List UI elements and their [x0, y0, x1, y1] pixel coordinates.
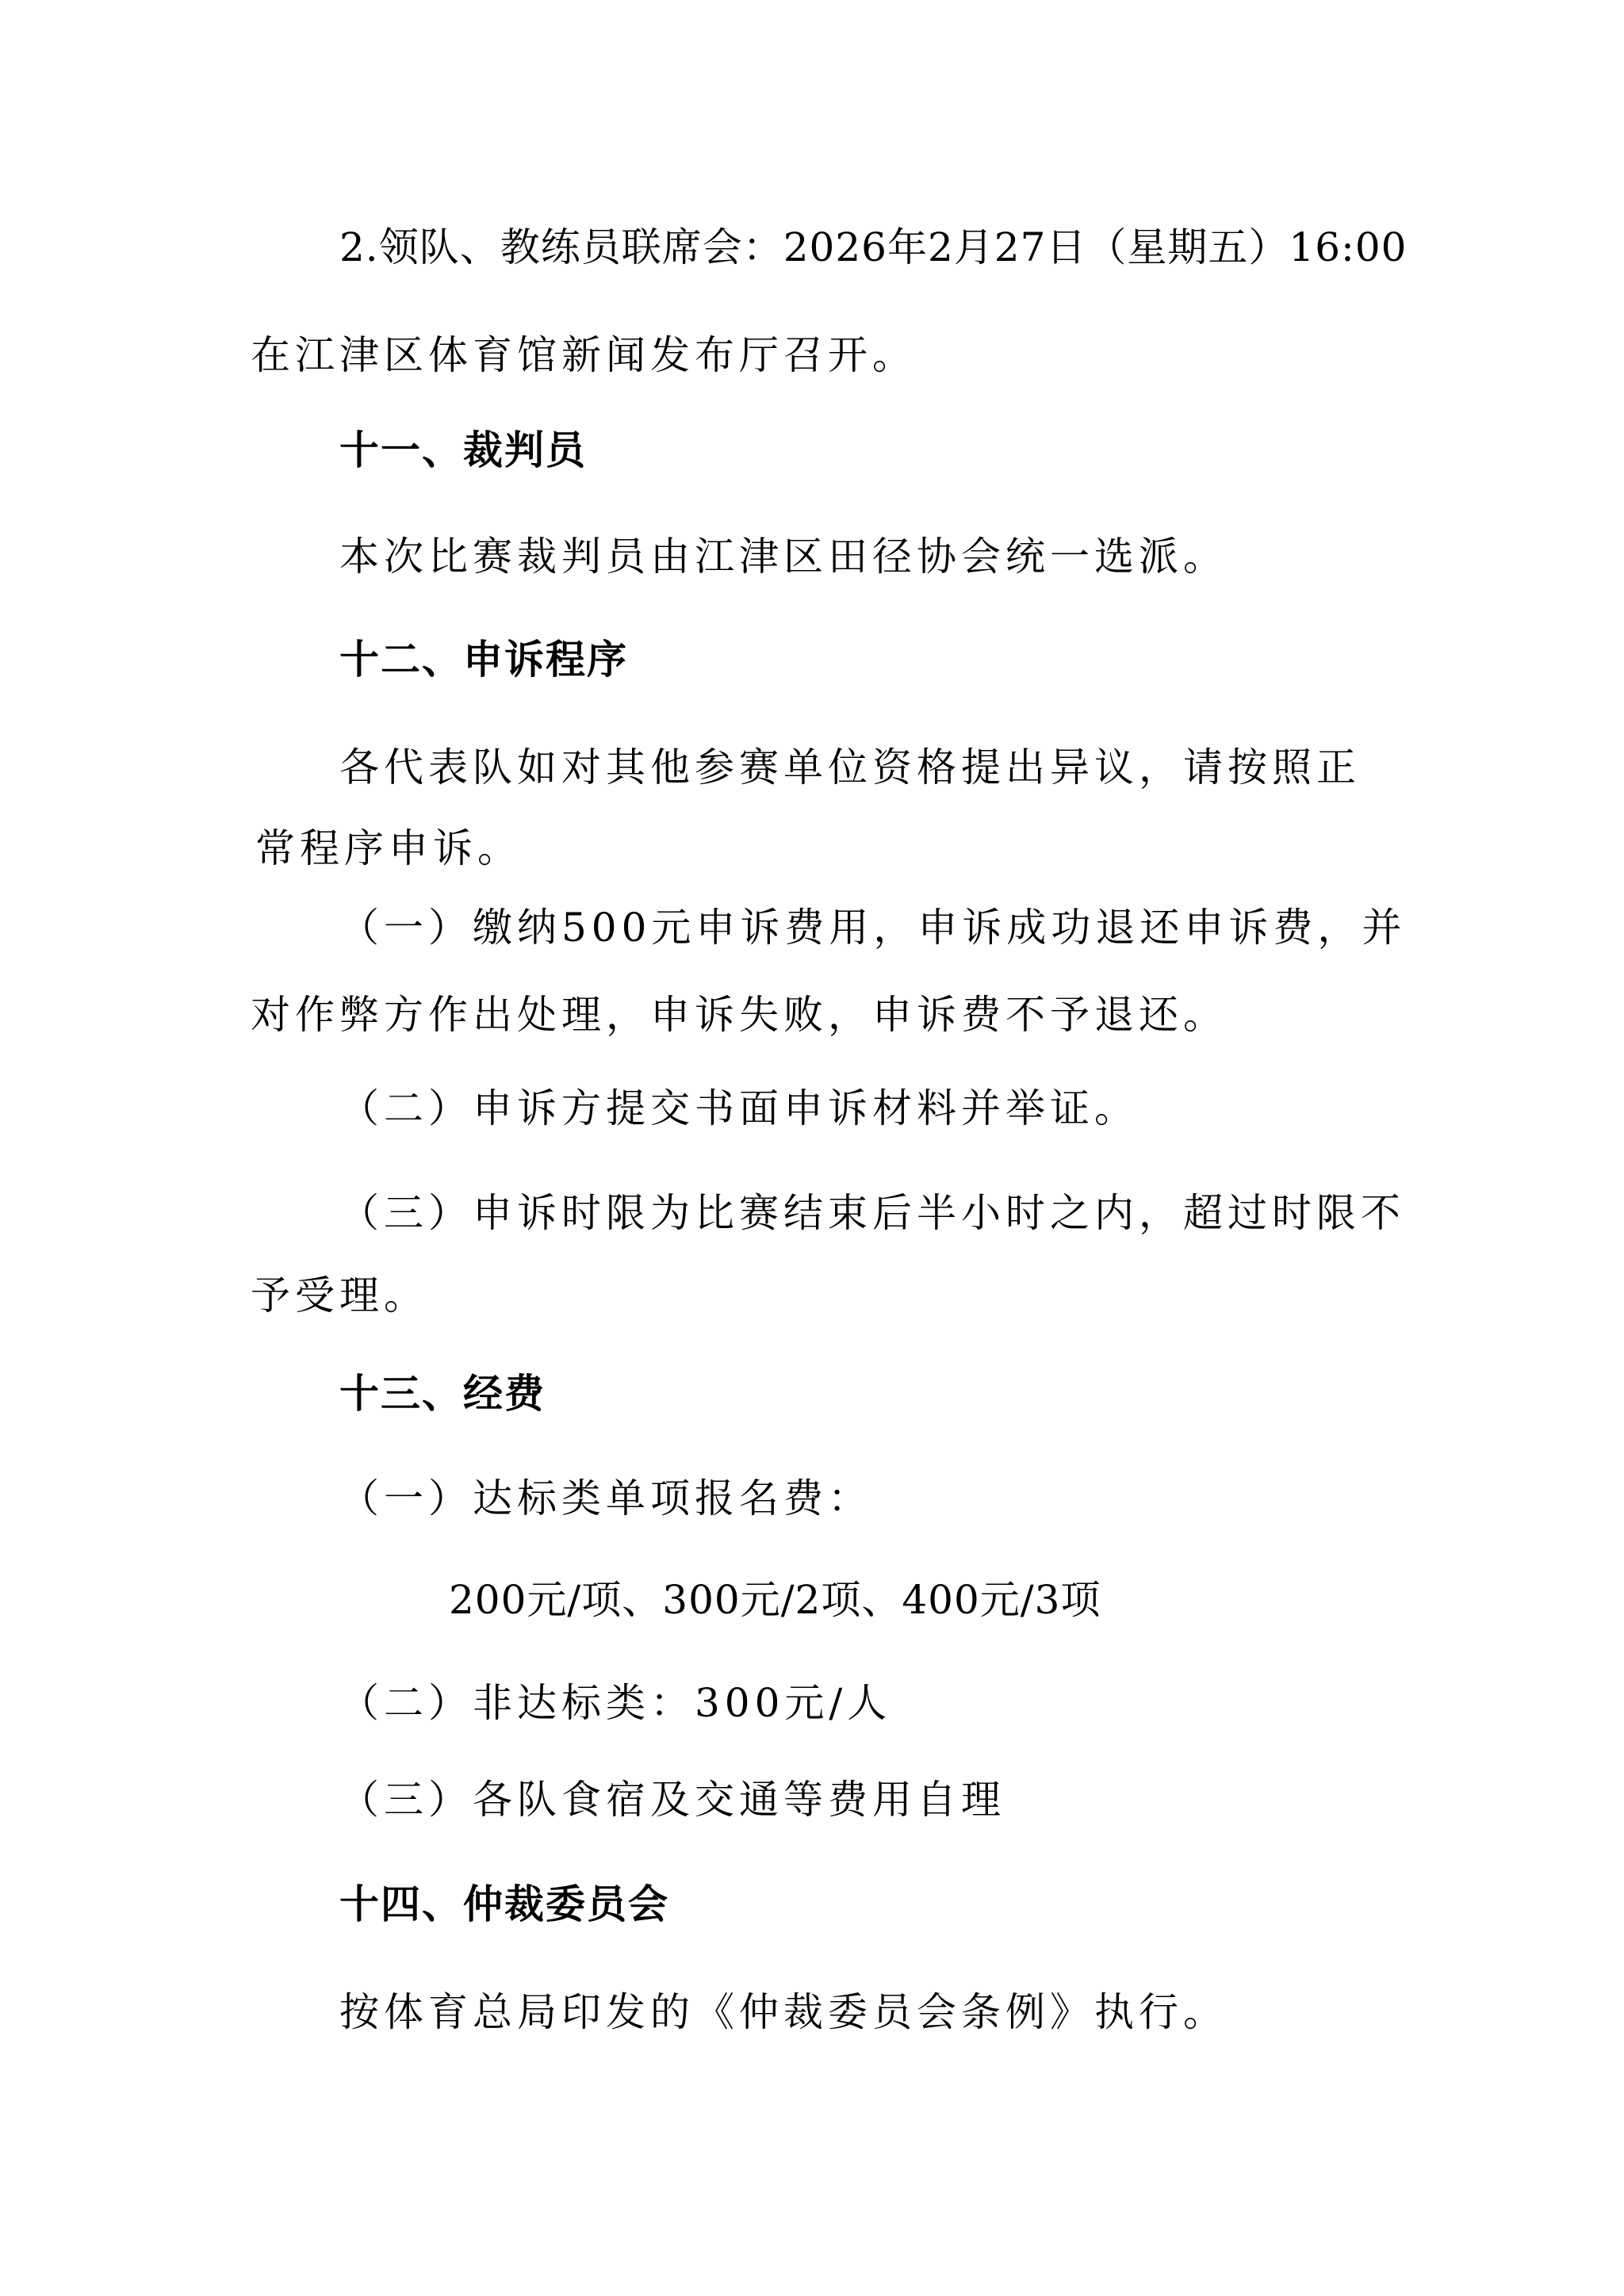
appeal-item-1-line-2: 对作弊方作出处理，申诉失败，申诉费不予退还。 — [251, 991, 1228, 1039]
section-heading-referees: 十一、裁判员 — [339, 427, 587, 474]
appeal-item-2: （二）申诉方提交书面申诉材料并举证。 — [339, 1085, 1139, 1132]
fees-item-1-values: 200元/项、300元/2项、400元/3项 — [449, 1576, 1101, 1624]
appeal-item-3-line-2: 予受理。 — [251, 1272, 428, 1319]
arbitration-paragraph: 按体育总局印发的《仲裁委员会条例》执行。 — [339, 1988, 1228, 2036]
document-page: 2.领队、教练员联席会：2026年2月27日（星期五）16:00 在江津区体育馆… — [0, 0, 1624, 2296]
fees-item-2: （二）非达标类：300元/人 — [339, 1679, 891, 1727]
section-heading-appeal: 十二、申诉程序 — [339, 636, 628, 683]
appeal-item-1-line-1: （一）缴纳500元申诉费用，申诉成功退还申诉费，并 — [339, 904, 1406, 951]
appeal-intro-line-2: 常程序申诉。 — [255, 825, 522, 872]
meeting-line-2: 在江津区体育馆新闻发布厅召开。 — [251, 331, 917, 379]
section-heading-fees: 十三、经费 — [339, 1370, 546, 1418]
meeting-line-1: 2.领队、教练员联席会：2026年2月27日（星期五）16:00 — [339, 224, 1407, 271]
fees-item-3: （三）各队食宿及交通等费用自理 — [339, 1776, 1005, 1823]
referees-paragraph: 本次比赛裁判员由江津区田径协会统一选派。 — [339, 533, 1228, 580]
fees-item-1: （一）达标类单项报名费： — [339, 1475, 872, 1522]
appeal-item-3-line-1: （三）申诉时限为比赛结束后半小时之内，超过时限不 — [339, 1189, 1405, 1237]
appeal-intro-line-1: 各代表队如对其他参赛单位资格提出异议，请按照正 — [339, 744, 1361, 791]
section-heading-arbitration: 十四、仲裁委员会 — [339, 1881, 669, 1928]
